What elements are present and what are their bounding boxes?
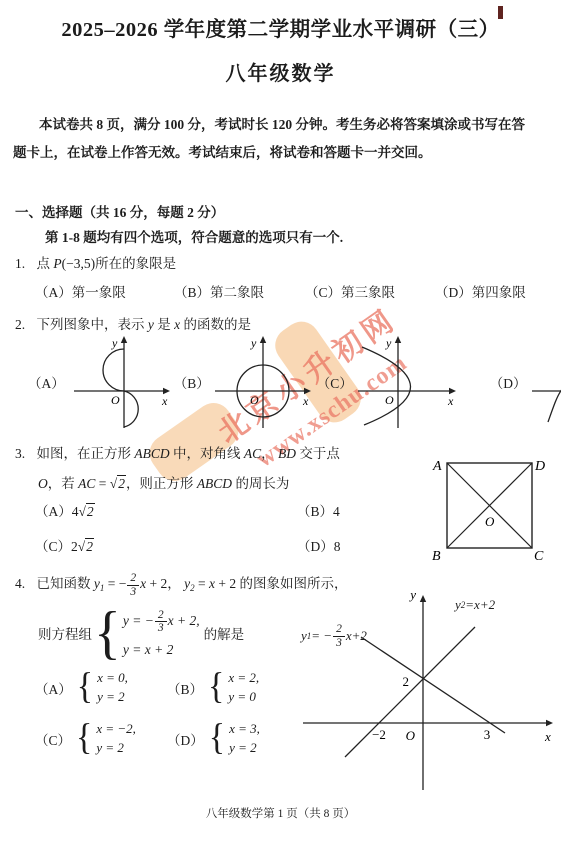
q2-option-b: （B） y x O [174,334,315,430]
q4-system: 则方程组 { y = −23x + 2, y = x + 2 的解是 [38,608,244,658]
y-axis-label: y [385,336,392,350]
brace-symbol: { [76,722,92,756]
q2-graph-d-increasing-curve: y x O [528,334,561,430]
x-axis-label: x [302,394,309,408]
vertex-b-label: B [432,549,441,564]
q2-graph-c-sideways-parabola: y x O [354,334,460,430]
q1-stem: 点 P(−3,5)所在的象限是 [37,256,177,271]
q2-number: 2. [15,317,25,332]
vertex-c-label: C [534,549,544,564]
q2-graph-b-circle: y x O [211,334,315,430]
tick-x-neg2: −2 [372,727,386,742]
question-1: 1. 点 P(−3,5)所在的象限是 [15,252,176,272]
q4-number: 4. [15,576,25,591]
exam-page: 北京小升初网 www.xschu.com 2025–2026 学年度第二学期学业… [0,0,561,842]
q4-option-b: （B） { x = 2,y = 0 [167,670,260,705]
q2-option-d: （D） y x O [490,334,561,430]
origin-label: O [406,728,416,743]
question-3-line-1: 3. 如图，在正方形 ABCD 中，对角线 AC， BD 交于点 [15,442,340,462]
x-axis-label: x [447,394,454,408]
center-o-label: O [485,514,495,529]
vertex-a-label: A [432,459,442,474]
q3-option-d: （D）8 [297,535,341,555]
q2-label-c: （C） [317,372,353,392]
q4-system-prefix: 则方程组 [38,623,92,643]
origin-label: O [250,393,259,407]
q1-number: 1. [15,256,25,271]
q1-option-c: （C）第三象限 [305,281,435,301]
q1-option-b: （B）第二象限 [174,281,305,301]
section-note: 第 1-8 题均有四个选项，符合题意的选项只有一个. [45,226,343,246]
q3-figure-square: A D B C O [428,450,550,564]
q2-label-a: （A） [28,372,65,392]
page-title: 2025–2026 学年度第二学期学业水平调研（三） [0,12,561,42]
tick-x-3: 3 [484,727,491,742]
q2-graph-a-s-curve: y x O [66,334,172,430]
intro-line-1: 本试卷共 8 页，满分 100 分，考试时长 120 分钟。考生务必将答案填涂或… [39,113,525,133]
q4-system-suffix: 的解是 [204,623,245,643]
intro-line-2: 题卡上，在试卷上作答无效。考试结束后，将试卷和答题卡一并交回。 [13,141,432,161]
q4-option-a: （A） { x = 0,y = 2 [35,670,167,705]
q2-label-b: （B） [174,372,210,392]
q1-stem-pre: 点 [37,256,54,271]
sqrt-sign: √ [79,504,86,519]
q4-figure-lines-graph: 2 −2 3 O y x y1= −23x+2 y2=x+2 [295,585,561,800]
tick-y-2: 2 [403,674,410,689]
q3-options: （A）4√2 （B）4 （C）2√2 （D）8 [35,500,341,555]
q4-graph-axes: 2 −2 3 O y x [295,585,561,800]
origin-label: O [111,393,120,407]
brace-symbol: { [77,671,93,705]
question-2: 2. 下列图象中，表示 y 是 x 的函数的是 [15,313,251,333]
y-axis-label: y [111,336,118,350]
q4-system-eq1: y = −23x + 2, [123,609,200,635]
question-3-line-2: O，若 AC = √2，则正方形 ABCD 的周长为 [38,472,289,492]
brace-symbol: { [209,722,225,756]
q3-option-c: （C）2√2 [35,535,297,555]
page-subtitle: 八年级数学 [0,57,561,86]
fraction-two-thirds: 23 [127,572,139,598]
q1-point-var: P [53,256,61,271]
q3-option-b: （B）4 [297,500,341,520]
fraction-two-thirds: 23 [333,623,345,649]
q2-option-c: （C） y x O [317,334,460,430]
q3-option-a: （A）4√2 [35,500,297,520]
fraction-two-thirds: 23 [155,609,167,635]
q1-point-coords: (−3,5) [62,256,95,271]
y-axis-label: y [250,336,257,350]
q4-option-c: （C） { x = −2,y = 2 [35,721,167,756]
x-axis-label: x [544,729,551,744]
q2-label-d: （D） [490,372,527,392]
y-axis-label: y [408,587,416,602]
brace-symbol: { [94,607,121,660]
q1-options: （A）第一象限 （B）第二象限 （C）第三象限 （D）第四象限 [35,281,526,301]
q1-option-a: （A）第一象限 [35,281,174,301]
page-footer: 八年级数学第 1 页（共 8 页） [0,805,561,821]
q4-option-d: （D） { x = 3,y = 2 [167,721,260,756]
q1-option-d: （D）第四象限 [435,281,526,301]
origin-label: O [385,393,394,407]
vertex-d-label: D [534,459,545,474]
q4-system-eq2: y = x + 2 [123,642,200,658]
brace-symbol: { [208,671,224,705]
q2-option-a: （A） y x O [28,334,172,430]
section-heading: 一、选择题（共 16 分，每题 2 分） [15,201,224,221]
q4-system-equations: y = −23x + 2, y = x + 2 [123,609,200,658]
q2-stem: 下列图象中，表示 y 是 x 的函数的是 [37,317,252,332]
q3-number: 3. [15,446,25,461]
q1-stem-post: 所在的象限是 [95,256,176,271]
q4-line1-equation-label: y1= −23x+2 [301,623,367,649]
q4-options: （A） { x = 0,y = 2 （B） { x = 2,y = 0 （C） … [35,670,260,756]
q4-line2-equation-label: y2=x+2 [455,597,495,613]
q2-graphs: （A） y x O （B） y x O [28,334,561,430]
x-axis-label: x [161,394,168,408]
